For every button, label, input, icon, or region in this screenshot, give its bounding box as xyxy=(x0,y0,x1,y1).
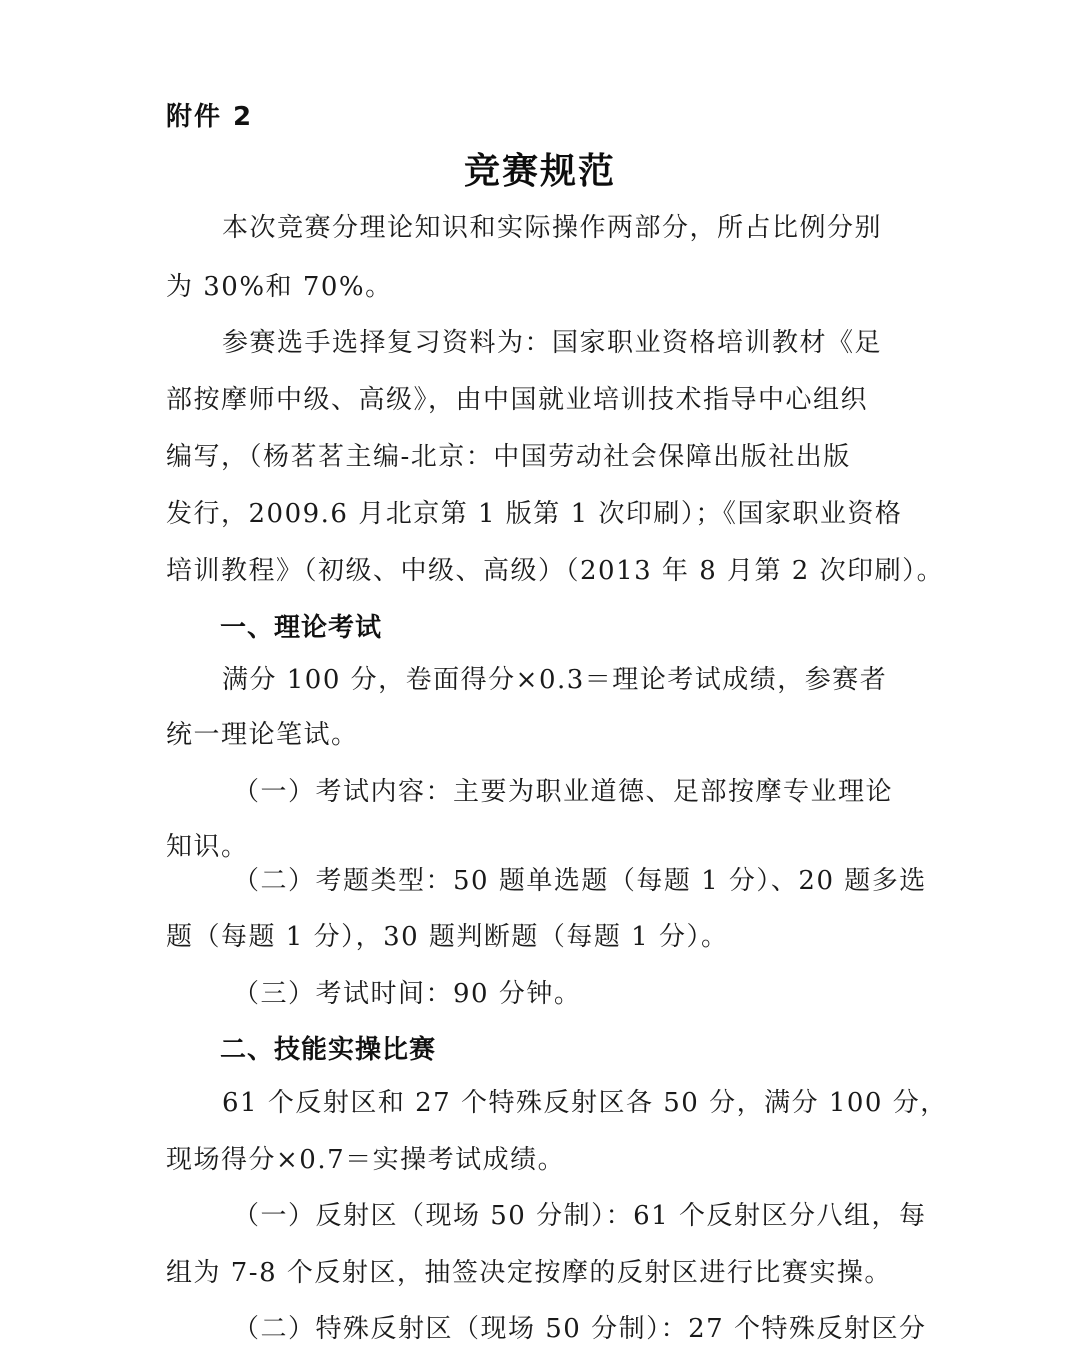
document-title: 竞赛规范 xyxy=(0,150,1080,194)
practical-score-line-1: 61 个反射区和 27 个特殊反射区各 50 分，满分 100 分， xyxy=(222,1086,916,1120)
theory-score-line-2: 统一理论笔试。 xyxy=(166,718,916,752)
theory-types-line-2: 题（每题 1 分），30 题判断题（每题 1 分）。 xyxy=(166,920,916,954)
reflex-zone-line-1: （一）反射区（现场 50 分制）：61 个反射区分八组，每 xyxy=(233,1199,916,1233)
section-heading-practical: 二、技能实操比赛 xyxy=(220,1033,436,1067)
theory-time-line: （三）考试时间：90 分钟。 xyxy=(233,977,916,1011)
reflex-zone-line-2: 组为 7-8 个反射区，抽签决定按摩的反射区进行比赛实操。 xyxy=(166,1256,916,1290)
intro-line-1: 本次竞赛分理论知识和实际操作两部分，所占比例分别 xyxy=(222,211,916,245)
materials-line-5: 培训教程》（初级、中级、高级）（2013 年 8 月第 2 次印刷）。 xyxy=(166,554,916,588)
intro-line-2: 为 30%和 70%。 xyxy=(166,270,916,304)
section-heading-theory: 一、理论考试 xyxy=(220,611,382,645)
document-page: 附件 2 竞赛规范 本次竞赛分理论知识和实际操作两部分，所占比例分别 为 30%… xyxy=(0,0,1080,1368)
materials-line-2: 部按摩师中级、高级》，由中国就业培训技术指导中心组织 xyxy=(166,383,916,417)
theory-types-line-1: （二）考题类型：50 题单选题（每题 1 分）、20 题多选 xyxy=(233,864,916,898)
theory-content-line-1: （一）考试内容：主要为职业道德、足部按摩专业理论 xyxy=(233,775,916,809)
special-reflex-zone-line-1: （二）特殊反射区（现场 50 分制）：27 个特殊反射区分 xyxy=(233,1312,916,1346)
attachment-label: 附件 2 xyxy=(166,100,253,134)
theory-content-line-2: 知识。 xyxy=(166,830,916,864)
materials-line-4: 发行，2009.6 月北京第 1 版第 1 次印刷）；《国家职业资格 xyxy=(166,497,916,531)
theory-score-line-1: 满分 100 分，卷面得分×0.3＝理论考试成绩，参赛者 xyxy=(222,663,916,697)
materials-line-1: 参赛选手选择复习资料为：国家职业资格培训教材《足 xyxy=(222,326,916,360)
materials-line-3: 编写，（杨茗茗主编-北京：中国劳动社会保障出版社出版 xyxy=(166,440,916,474)
practical-score-line-2: 现场得分×0.7＝实操考试成绩。 xyxy=(166,1143,916,1177)
